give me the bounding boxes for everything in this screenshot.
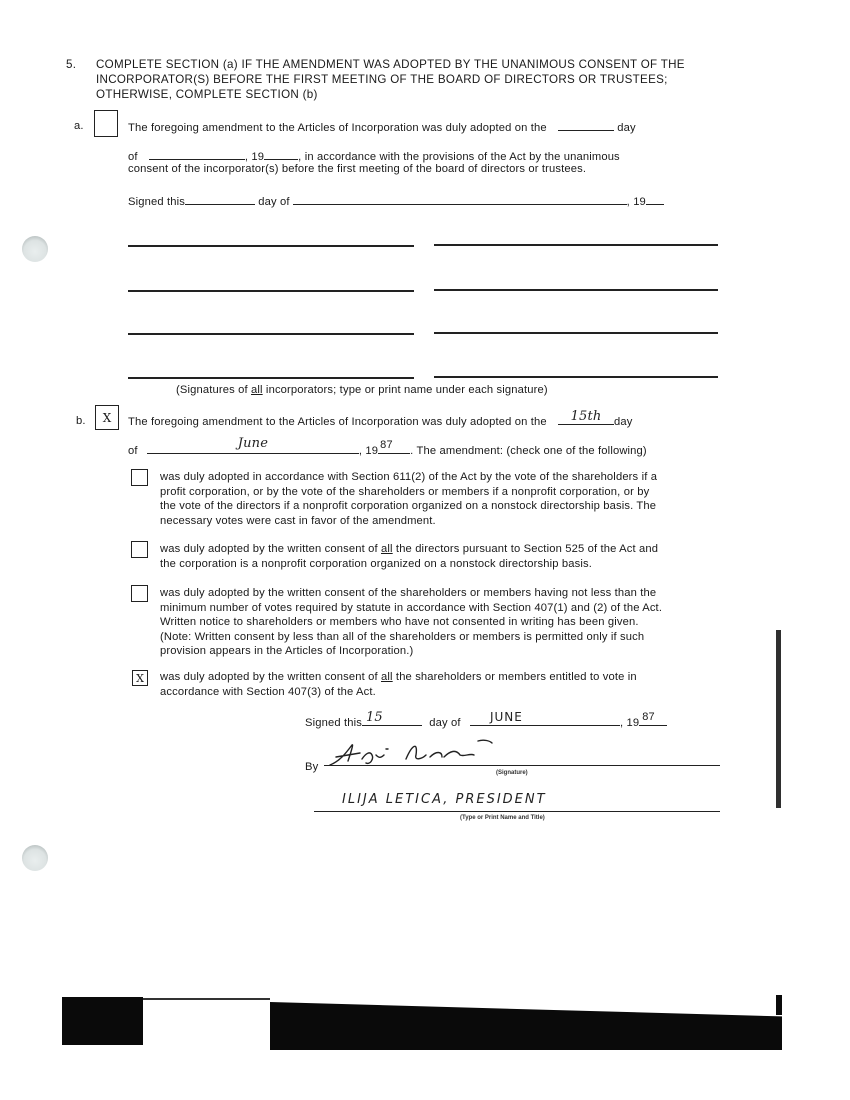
part-a-signed-line: Signed this day of, 19 [128, 193, 720, 210]
punch-hole-top [22, 236, 48, 262]
option-407-1-2-line-1: was duly adopted by the written consent … [160, 586, 725, 601]
incorporator-signature-line-4r[interactable] [434, 376, 718, 378]
heading-line-3: OTHERWISE, COMPLETE SECTION (b) [96, 87, 736, 102]
part-a-year-field[interactable] [264, 148, 298, 160]
option-407-3-pre: was duly adopted by the written consent … [160, 671, 381, 683]
handwritten-signed-month: JUNE [490, 711, 620, 724]
option-407-1-2-text: was duly adopted by the written consent … [160, 586, 725, 659]
option-611-line-1: was duly adopted in accordance with Sect… [160, 470, 725, 485]
printed-name-field[interactable]: ILIJA LETICA, PRESIDENT [314, 790, 720, 814]
part-a-label: a. [74, 119, 84, 134]
part-b-signed-day-field[interactable]: 15 [362, 714, 422, 726]
printed-name-value: ILIJA LETICA, PRESIDENT [342, 792, 547, 807]
part-b-day-field[interactable]: 15th [558, 413, 614, 425]
option-525-post: the directors pursuant to Section 525 of… [393, 543, 658, 555]
part-a-month-field[interactable] [149, 148, 245, 160]
incorporator-signature-line-3l[interactable] [128, 333, 414, 335]
option-407-3-checkbox[interactable]: X [132, 670, 148, 686]
option-407-1-2-line-3: Written notice to shareholders or member… [160, 615, 725, 630]
part-a-signed-month-field[interactable] [293, 193, 627, 205]
typed-year: 87 [380, 438, 393, 453]
part-b-month-field[interactable]: June [147, 442, 359, 454]
part-b-line-1: The foregoing amendment to the Articles … [128, 413, 720, 430]
handwritten-signed-day: 15 [366, 711, 422, 724]
part-a-checkbox[interactable] [94, 110, 118, 137]
signature-caption: (Signature) [496, 770, 528, 776]
scan-bottom-bar-right [270, 1002, 782, 1050]
option-611-checkbox[interactable] [131, 469, 148, 486]
by-label: By [305, 760, 318, 775]
option-525-line-1: was duly adopted by the written consent … [160, 542, 725, 557]
incorporator-signature-line-4l[interactable] [128, 377, 414, 379]
check-x-icon: X [96, 406, 118, 429]
part-a-signed-day-field[interactable] [185, 193, 255, 205]
signed-this-label: Signed this [128, 196, 185, 208]
printed-name-caption: (Type or Print Name and Title) [460, 815, 545, 821]
printed-name-underline [314, 811, 720, 812]
heading-line-2: INCORPORATOR(S) BEFORE THE FIRST MEETING… [96, 72, 736, 87]
part-b-label: b. [76, 414, 86, 429]
part-b-signed-line: Signed this15 day of JUNE, 1987 [305, 714, 725, 731]
handwritten-day: 15th [558, 410, 614, 423]
of-label: of [128, 445, 138, 457]
option-407-3-post: the shareholders or members entitled to … [393, 671, 637, 683]
incorporator-signature-line-3r[interactable] [434, 332, 718, 334]
option-407-1-2-line-2: minimum number of votes required by stat… [160, 601, 725, 616]
option-407-1-2-line-5: provision appears in the Articles of Inc… [160, 644, 725, 659]
option-407-3-line-2: accordance with Section 407(3) of the Ac… [160, 685, 725, 700]
incorporator-signature-line-2l[interactable] [128, 290, 414, 292]
part-a-line-1: The foregoing amendment to the Articles … [128, 119, 720, 136]
part-b-year-field[interactable]: 87 [378, 442, 410, 454]
incorporator-signature-line-1r[interactable] [434, 244, 718, 246]
option-611-line-2: profit corporation, or by the vote of th… [160, 485, 725, 500]
part-a-text-1: The foregoing amendment to the Articles … [128, 122, 547, 134]
part-a-day-label: day [617, 122, 636, 134]
punch-hole-bottom [22, 845, 48, 871]
caption-all: all [251, 384, 263, 396]
option-611-line-4: necessary votes were cast in favor of th… [160, 514, 725, 529]
part-b-line-2: of June, 1987. The amendment: (check one… [128, 442, 720, 459]
option-525-pre: was duly adopted by the written consent … [160, 543, 381, 555]
option-407-3-line-1: was duly adopted by the written consent … [160, 670, 725, 685]
scan-edge-mark [776, 630, 781, 808]
option-407-3-text: was duly adopted by the written consent … [160, 670, 725, 699]
option-525-all: all [381, 543, 393, 555]
option-525-checkbox[interactable] [131, 541, 148, 558]
option-407-3-all: all [381, 671, 393, 683]
section-heading: COMPLETE SECTION (a) IF THE AMENDMENT WA… [96, 57, 736, 102]
year-prefix: , 19 [627, 196, 646, 208]
part-b-checkbox[interactable]: X [95, 405, 119, 430]
incorporator-signature-line-2r[interactable] [434, 289, 718, 291]
signatures-caption: (Signatures of all incorporators; type o… [176, 383, 548, 398]
option-611-line-3: the vote of the directors if a nonprofit… [160, 499, 725, 514]
signature-field[interactable] [324, 735, 720, 767]
option-407-1-2-checkbox[interactable] [131, 585, 148, 602]
part-b-text-1: The foregoing amendment to the Articles … [128, 416, 547, 428]
day-of-label: day of [429, 717, 460, 729]
option-525-line-2: the corporation is a nonprofit corporati… [160, 557, 725, 572]
part-a-day-field[interactable] [558, 119, 614, 131]
part-a-signed-year-field[interactable] [646, 193, 664, 205]
part-b-signed-year-field[interactable]: 87 [639, 714, 667, 726]
option-525-text: was duly adopted by the written consent … [160, 542, 725, 571]
day-label: day [614, 416, 633, 428]
part-b-text-2: . The amendment: (check one of the follo… [410, 445, 647, 457]
part-a-line-3: consent of the incorporator(s) before th… [128, 162, 586, 177]
signature-underline [324, 765, 720, 766]
option-611-text: was duly adopted in accordance with Sect… [160, 470, 725, 528]
incorporator-signature-line-1l[interactable] [128, 245, 414, 247]
year-prefix: , 19 [359, 445, 378, 457]
scan-bottom-bar-tab [776, 995, 782, 1015]
option-407-1-2-line-4: (Note: Written consent by less than all … [160, 630, 725, 645]
year-prefix: , 19 [620, 717, 639, 729]
scan-bottom-bar-left [62, 997, 143, 1045]
caption-pre: (Signatures of [176, 384, 251, 396]
heading-line-1: COMPLETE SECTION (a) IF THE AMENDMENT WA… [96, 57, 736, 72]
handwritten-signature-icon [326, 735, 526, 769]
section-number: 5. [66, 57, 76, 72]
part-b-signed-month-field[interactable]: JUNE [470, 714, 620, 726]
caption-post: incorporators; type or print name under … [263, 384, 548, 396]
scan-bottom-edge-line [143, 998, 270, 1000]
handwritten-month: June [147, 437, 359, 450]
check-x-icon: X [133, 671, 147, 685]
typed-signed-year: 87 [642, 710, 655, 725]
day-of-label: day of [258, 196, 289, 208]
signed-this-label: Signed this [305, 717, 362, 729]
